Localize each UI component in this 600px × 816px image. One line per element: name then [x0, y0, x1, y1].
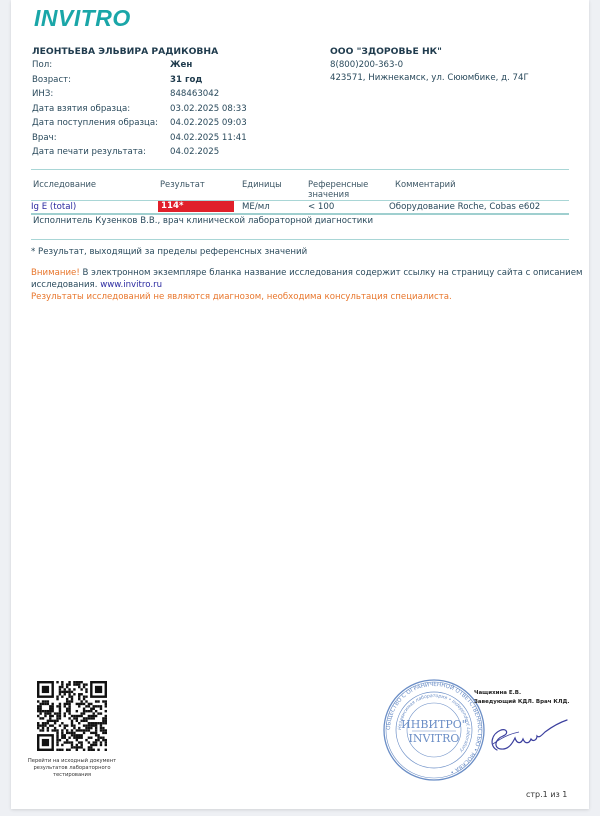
row-divider — [31, 213, 569, 215]
patient-field-label: Дата печати результата: — [32, 147, 146, 157]
test-name-link[interactable]: Ig E (total) — [31, 202, 76, 212]
organization-phone: 8(800)200-363-0 — [330, 60, 403, 70]
out-of-range-footnote: * Результат, выходящий за пределы рефере… — [31, 247, 307, 257]
diagnosis-disclaimer: Результаты исследований не являются диаг… — [31, 292, 452, 302]
patient-field-value: 848463042 — [170, 89, 219, 99]
signer-block: Чащихина Е.В. Заведующий КДЛ. Врач КЛД. — [474, 689, 569, 707]
warning-text-continued: исследования. — [31, 280, 100, 290]
patient-name: ЛЕОНТЬЕВА ЭЛЬВИРА РАДИКОВНА — [32, 46, 218, 57]
qr-caption: Перейти на исходный документ результатов… — [27, 758, 117, 779]
patient-field-value: 04.02.2025 11:41 — [170, 133, 247, 143]
lab-stamp: ОБЩЕСТВО С ОГРАНИЧЕННОЙ ОТВЕТСТВЕННОСТЬЮ… — [382, 678, 486, 782]
reference-range: < 100 — [308, 202, 334, 212]
website-link[interactable]: www.invitro.ru — [100, 280, 162, 290]
patient-field-label: Врач: — [32, 133, 57, 143]
patient-field-value: 03.02.2025 08:33 — [170, 104, 247, 114]
signer-name: Чащихина Е.В. — [474, 689, 569, 698]
page-number: стр.1 из 1 — [526, 790, 567, 799]
patient-field-value: 31 год — [170, 75, 202, 85]
patient-field-label: Пол: — [32, 60, 52, 70]
svg-text:ИНВИТРО": ИНВИТРО" — [401, 718, 467, 731]
col-header-reference-line2: значения — [308, 189, 368, 199]
table-bottom-divider — [31, 239, 569, 240]
qr-code[interactable] — [37, 681, 107, 751]
warning-label: Внимание! — [31, 268, 80, 278]
organization-name: ООО "ЗДОРОВЬЕ НК" — [330, 46, 442, 57]
table-header-divider — [31, 200, 569, 201]
organization-address: 423571, Нижнекамск, ул. Сююмбике, д. 74Г — [330, 73, 529, 83]
patient-field-value: 04.02.2025 — [170, 147, 219, 157]
warning-text: В электронном экземпляре бланка название… — [80, 268, 583, 278]
result-units: МЕ/мл — [242, 202, 270, 212]
col-header-reference: Референсные значения — [308, 179, 368, 199]
table-top-divider — [31, 169, 569, 170]
col-header-comment: Комментарий — [395, 179, 456, 189]
warning-line-2: исследования. www.invitro.ru — [31, 280, 162, 290]
warning-line-1: Внимание! В электронном экземпляре бланк… — [31, 268, 582, 278]
col-header-reference-line1: Референсные — [308, 179, 368, 189]
patient-field-label: Возраст: — [32, 75, 71, 85]
invitro-logo: INVITRO — [34, 5, 131, 32]
result-value-flagged: 114* — [158, 201, 234, 212]
patient-field-label: Дата взятия образца: — [32, 104, 130, 114]
signer-title: Заведующий КДЛ. Врач КЛД. — [474, 698, 569, 707]
svg-text:INVITRO: INVITRO — [409, 732, 460, 745]
patient-field-label: ИНЗ: — [32, 89, 53, 99]
col-header-result: Результат — [160, 179, 205, 189]
performer-note: Исполнитель Кузенков В.В., врач клиничес… — [33, 216, 373, 226]
signature — [479, 708, 569, 758]
lab-report-page: INVITRO ЛЕОНТЬЕВА ЭЛЬВИРА РАДИКОВНА Пол:… — [11, 0, 589, 809]
patient-field-value: Жен — [170, 60, 192, 70]
patient-field-label: Дата поступления образца: — [32, 118, 158, 128]
patient-field-value: 04.02.2025 09:03 — [170, 118, 247, 128]
col-header-units: Единицы — [242, 179, 282, 189]
result-comment: Оборудование Roche, Cobas e602 — [389, 202, 540, 212]
col-header-test: Исследование — [33, 179, 96, 189]
